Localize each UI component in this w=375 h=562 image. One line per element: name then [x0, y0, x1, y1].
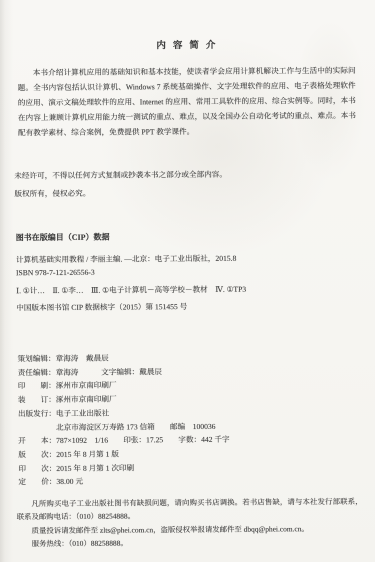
copyright-notice: 未经许可，不得以任何方式复制或抄袭本书之部分或全部内容。 版权所有，侵权必究。	[14, 165, 356, 202]
cip-data-block: 图书在版编目（CIP）数据 计算机基础实用教程 / 李丽主编. —北京：电子工业…	[16, 230, 358, 314]
content-summary-title: 内容简介	[0, 39, 373, 54]
service-hotline-paragraph: 服务热线：（010）88258888。	[17, 535, 363, 551]
all-rights-reserved-line: 版权所有，侵权必究。	[14, 182, 356, 202]
service-notes-block: 凡所购买电子工业出版社图书有缺损问题，请向购买书店调换。若书店售缺，请与本社发行…	[17, 495, 363, 551]
price-line: 定 价：38.00 元	[18, 473, 366, 489]
cip-heading: 图书在版编目（CIP）数据	[16, 230, 357, 244]
colophon-block: 策划编辑：章海涛 戴晨辰 责任编辑：章海涛 文字编辑：戴晨辰 印 刷：涿州市京南…	[17, 350, 366, 489]
content-summary-paragraph: 本书介绍计算机应用的基础知识和基本技能，使读者学会应用计算机解决工作与生活中的实…	[17, 63, 356, 140]
exchange-policy-paragraph: 凡所购买电子工业出版社图书有缺损问题，请向购买书店调换。若书店售缺，请与本社发行…	[17, 495, 363, 524]
book-copyright-page: 内容简介 本书介绍计算机应用的基础知识和基本技能，使读者学会应用计算机解决工作与…	[0, 0, 375, 562]
cip-classification-line: Ⅰ. ①计… Ⅱ. ①李… Ⅲ. ①电子计算机－高等学校－教材 Ⅳ. ①TP3	[16, 281, 357, 296]
cip-registration-line: 中国版本图书馆 CIP 数据核字（2015）第 151455 号	[16, 299, 357, 314]
scanned-page-content: 内容简介 本书介绍计算机应用的基础知识和基本技能，使读者学会应用计算机解决工作与…	[0, 0, 375, 562]
cip-isbn-line: ISBN 978-7-121-26556-3	[16, 264, 357, 279]
